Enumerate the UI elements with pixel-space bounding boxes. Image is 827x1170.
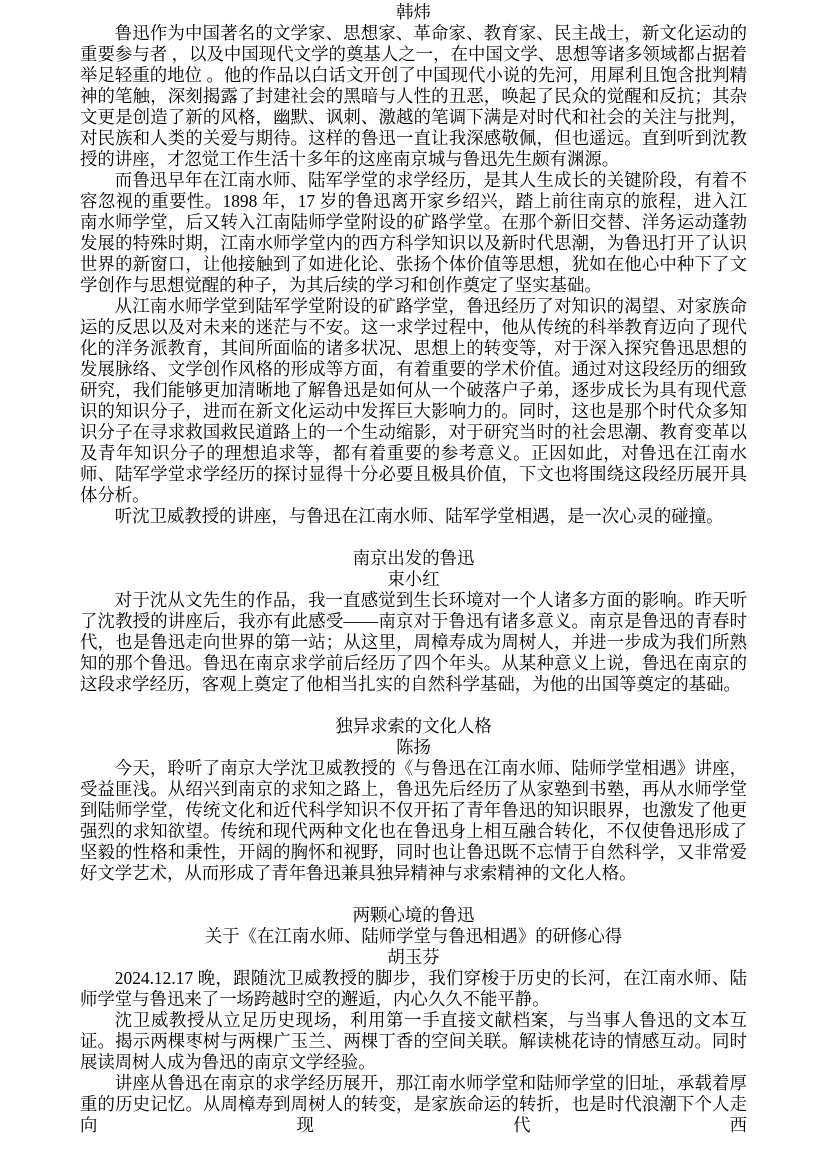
essay-paragraph: 而鲁迅早年在江南水师、陆军学堂的求学经历，是其人生成长的关键阶段，有着不容忽视的…	[80, 170, 747, 296]
essay-paragraph: 从江南水师学堂到陆军学堂附设的矿路学堂，鲁迅经历了对知识的渴望、对家族命运的反思…	[80, 296, 747, 506]
essay-paragraph: 今天，聆听了南京大学沈卫威教授的《与鲁迅在江南水师、陆师学堂相遇》讲座，受益匪浅…	[80, 758, 747, 884]
essay-paragraph: 沈卫威教授从立足历史现场，利用第一手直接文献档案，与当事人鲁迅的文本互证。揭示两…	[80, 1010, 747, 1073]
author-byline: 束小红	[80, 569, 747, 590]
section-title: 南京出发的鲁迅	[80, 548, 747, 569]
author-byline: 胡玉芬	[80, 947, 747, 968]
essay-paragraph: 2024.12.17 晚，跟随沈卫威教授的脚步，我们穿梭于历史的长河，在江南水师…	[80, 968, 747, 1010]
essay-paragraph: 听沈卫威教授的讲座，与鲁迅在江南水师、陆军学堂相遇，是一次心灵的碰撞。	[80, 506, 747, 527]
document-page: 韩炜 鲁迅作为中国著名的文学家、思想家、革命家、教育家、民主战士，新文化运动的重…	[0, 0, 827, 1170]
author-byline: 陈扬	[80, 737, 747, 758]
author-byline: 韩炜	[80, 2, 747, 23]
essay-paragraph: 对于沈从文先生的作品，我一直感觉到生长环境对一个人诸多方面的影响。昨天听了沈教授…	[80, 590, 747, 695]
essay-paragraph: 讲座从鲁迅在南京的求学经历展开，那江南水师学堂和陆师学堂的旧址，承载着厚重的历史…	[80, 1073, 747, 1136]
section-title: 两颗心境的鲁迅	[80, 905, 747, 926]
essay-paragraph: 鲁迅作为中国著名的文学家、思想家、革命家、教育家、民主战士，新文化运动的重要参与…	[80, 23, 747, 170]
section-subtitle: 关于《在江南水师、陆师学堂与鲁迅相遇》的研修心得	[80, 926, 747, 947]
section-title: 独异求索的文化人格	[80, 716, 747, 737]
